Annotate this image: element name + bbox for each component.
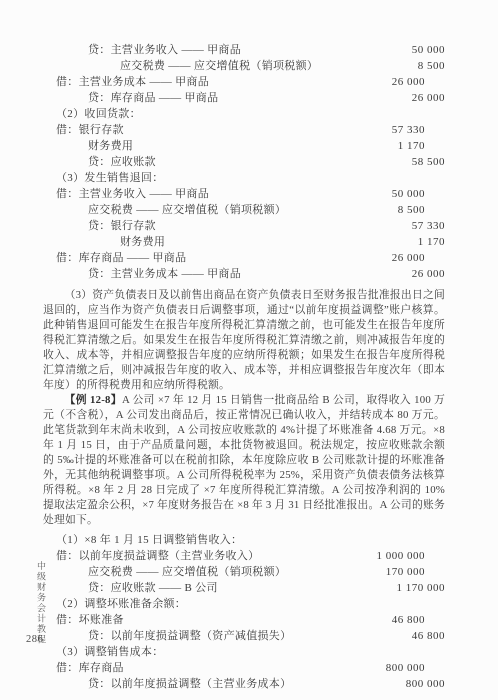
entry-amount-debit: 50 000 <box>392 186 445 202</box>
journal-entry-line: 应交税费 —— 应交增值税（销项税额）8 500 <box>43 58 445 74</box>
entry-amount-credit: 50 000 <box>412 42 445 58</box>
journal-entry-line: 借：以前年度损益调整（主营业务收入）1 000 000 <box>43 548 445 564</box>
entry-account-text: 借：以前年度损益调整（主营业务收入） <box>56 548 259 564</box>
journal-entry-line: 借：坏账准备46 800 <box>43 612 445 628</box>
entry-account-text: （2）收回货款： <box>56 106 141 122</box>
journal-entry-line: 借：主营业务成本 —— 甲商品26 000 <box>43 74 445 90</box>
journal-entry-line: 贷：以前年度损益调整（主营业务成本）800 000 <box>43 676 445 692</box>
journal-entry-line: 借：主营业务收入 —— 甲商品50 000 <box>43 186 445 202</box>
entry-amount-credit: 57 330 <box>412 218 445 234</box>
journal-entry-line: 借：银行存款57 330 <box>43 122 445 138</box>
entry-heading-line: （2）收回货款： <box>43 106 445 122</box>
journal-entry-line: 贷：应收账款 —— B 公司1 170 000 <box>43 580 445 596</box>
entry-account-text: 贷：主营业务收入 —— 甲商品 <box>88 42 241 58</box>
entry-account-text: 借：主营业务收入 —— 甲商品 <box>56 186 209 202</box>
entry-account-text: 贷：主营业务成本 —— 甲商品 <box>88 266 241 282</box>
entry-account-text: 应交税费 —— 应交增值税（销项税额） <box>88 564 286 580</box>
entry-amount-debit: 170 000 <box>386 564 445 580</box>
journal-entry-line: 贷：银行存款57 330 <box>43 218 445 234</box>
entry-account-text: 借：主营业务成本 —— 甲商品 <box>56 74 209 90</box>
entry-account-text: 财务费用 <box>88 138 133 154</box>
journal-entry-line: 贷：应收账款58 500 <box>43 154 445 170</box>
journal-entry-line: 财务费用1 170 <box>43 138 445 154</box>
paragraph-adjusting-events: （3）资产负债表日及以前售出商品在资产负债表日至财务报告批准报出日之间退回的，应… <box>43 288 445 393</box>
entry-amount-credit: 1 170 <box>418 234 445 250</box>
entry-heading-line: （3）发生销售退回： <box>43 170 445 186</box>
entry-account-text: （3）发生销售退回： <box>56 170 164 186</box>
example-label: 【例 12-8】 <box>65 394 122 406</box>
entry-amount-debit: 46 800 <box>392 612 445 628</box>
example-text: A 公司 ×7 年 12 月 15 日销售一批商品给 B 公司，取得收入 100… <box>43 394 445 526</box>
entry-amount-credit: 1 170 000 <box>397 580 446 596</box>
entry-account-text: 借：坏账准备 <box>56 612 124 628</box>
entry-account-text: 借：库存商品 —— 甲商品 <box>56 250 186 266</box>
journal-entry-line: 借：库存商品800 000 <box>43 660 445 676</box>
entry-account-text: 贷：银行存款 <box>88 218 156 234</box>
entry-amount-debit: 8 500 <box>398 202 445 218</box>
journal-entry-line: 贷：以前年度损益调整（资产减值损失）46 800 <box>43 628 445 644</box>
entry-account-text: （2）调整坏账准备余额： <box>56 596 186 612</box>
entry-account-text: 应交税费 —— 应交增值税（销项税额） <box>120 58 318 74</box>
journal-entry-line: 财务费用1 170 <box>43 234 445 250</box>
entry-heading-line: （2）调整坏账准备余额： <box>43 596 445 612</box>
entry-amount-credit: 58 500 <box>412 154 445 170</box>
entry-amount-credit: 800 000 <box>406 676 445 692</box>
entry-account-text: （1）×8 年 1 月 15 日调整销售收入： <box>56 532 242 548</box>
entry-account-text: 贷：以前年度损益调整（主营业务成本） <box>88 676 291 692</box>
entry-account-text: 贷：应收账款 <box>88 154 156 170</box>
journal-entry-line: 贷：主营业务收入 —— 甲商品50 000 <box>43 42 445 58</box>
page-number: 286 <box>26 634 43 645</box>
entry-amount-debit: 26 000 <box>392 250 445 266</box>
entry-heading-line: （3）调整销售成本： <box>43 644 445 660</box>
textbook-page: 中级财务会计教程 286 贷：主营业务收入 —— 甲商品50 000应交税费 —… <box>0 0 498 700</box>
entry-amount-credit: 26 000 <box>412 266 445 282</box>
entry-amount-credit: 46 800 <box>412 628 445 644</box>
entry-amount-debit: 26 000 <box>392 74 445 90</box>
journal-entry-line: 贷：库存商品 —— 甲商品26 000 <box>43 90 445 106</box>
entry-amount-credit: 26 000 <box>412 90 445 106</box>
entry-account-text: 贷：库存商品 —— 甲商品 <box>88 90 218 106</box>
journal-entries-block-1: 贷：主营业务收入 —— 甲商品50 000应交税费 —— 应交增值税（销项税额）… <box>43 42 445 282</box>
entry-account-text: （3）调整销售成本： <box>56 644 164 660</box>
entry-amount-credit: 8 500 <box>418 58 445 74</box>
page-content: 贷：主营业务收入 —— 甲商品50 000应交税费 —— 应交增值税（销项税额）… <box>43 42 445 692</box>
paragraph-example-12-8: 【例 12-8】A 公司 ×7 年 12 月 15 日销售一批商品给 B 公司，… <box>43 393 445 528</box>
journal-entry-line: 借：库存商品 —— 甲商品26 000 <box>43 250 445 266</box>
journal-entry-line: 应交税费 —— 应交增值税（销项税额）8 500 <box>43 202 445 218</box>
entry-amount-debit: 1 170 <box>398 138 445 154</box>
entry-amount-debit: 57 330 <box>392 122 445 138</box>
entry-account-text: 财务费用 <box>120 234 165 250</box>
entry-account-text: 贷：以前年度损益调整（资产减值损失） <box>88 628 291 644</box>
entry-account-text: 借：库存商品 <box>56 660 124 676</box>
entry-account-text: 贷：应收账款 —— B 公司 <box>88 580 218 596</box>
entry-heading-line: （1）×8 年 1 月 15 日调整销售收入： <box>43 532 445 548</box>
entry-account-text: 应交税费 —— 应交增值税（销项税额） <box>88 202 286 218</box>
journal-entries-block-2: （1）×8 年 1 月 15 日调整销售收入：借：以前年度损益调整（主营业务收入… <box>43 532 445 692</box>
entry-amount-debit: 800 000 <box>386 660 445 676</box>
journal-entry-line: 贷：主营业务成本 —— 甲商品26 000 <box>43 266 445 282</box>
journal-entry-line: 应交税费 —— 应交增值税（销项税额）170 000 <box>43 564 445 580</box>
entry-amount-debit: 1 000 000 <box>377 548 446 564</box>
entry-account-text: 借：银行存款 <box>56 122 124 138</box>
